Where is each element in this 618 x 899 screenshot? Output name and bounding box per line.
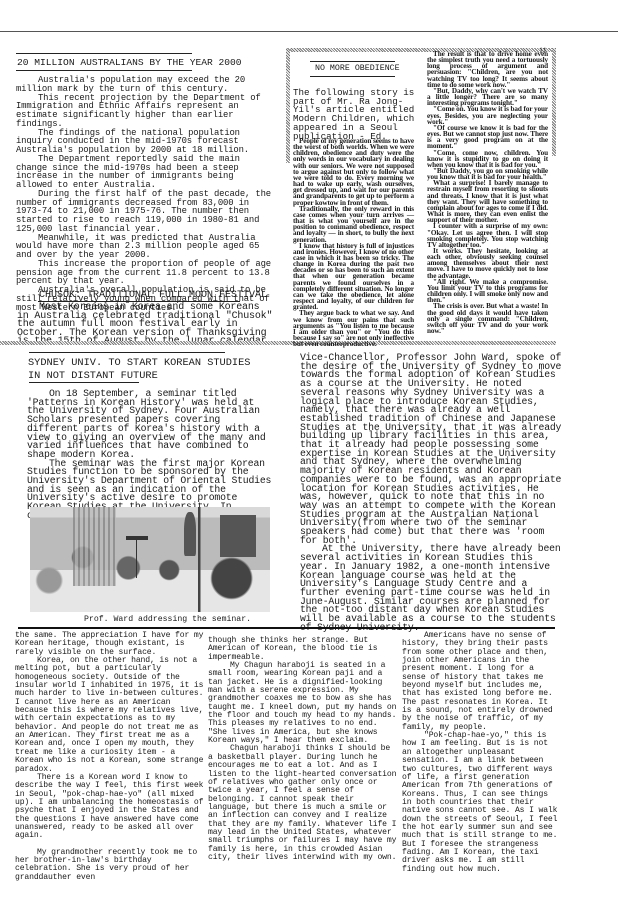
paragraph: Korea, on the other hand, is not a melti… [15,657,205,774]
paragraph: Chagun haraboji thinks I should be a bas… [208,745,398,862]
sydney-column-1: On 18 September, a seminar titled 'Patte… [27,390,272,521]
sydney-title-line-2: IN NOT DISTANT FUTURE [28,370,158,382]
photo-speaker [184,512,196,556]
population-title-rule-bottom [16,70,192,71]
photo-lectern-stand [136,539,137,579]
photo-caption: Prof. Ward addressing the seminar. [84,615,251,624]
paragraph: the same. The appreciation I have for my… [15,632,205,657]
paragraph: The result is that to drive home even th… [427,51,548,88]
paragraph: The crisis is over. But what a waste! In… [427,303,548,334]
paragraph: "Come, come now, children. You know it i… [427,150,548,168]
paragraph: though she thinks her strange. But Ameri… [208,637,398,662]
paragraph: The Department reportedly said the main … [16,155,272,190]
sydney-title-line-1: SYDNEY UNIV. TO START KOREAN STUDIES [28,357,250,369]
essay-column-2: though she thinks her strange. But Ameri… [208,637,398,862]
essay-column-3: Americans have no sense of history, they… [402,632,562,874]
paragraph: This increase the proportion of people o… [16,260,272,286]
paragraph: The findings of the national population … [16,129,272,155]
sydney-column-2: Vice-Chancellor, Professor John Ward, sp… [300,354,562,633]
obedience-column-2: The result is that to drive home even th… [427,51,548,334]
paragraph: I counter with a surprise of my own: "Ok… [427,223,548,248]
sydney-title-rule-bottom [29,382,139,383]
paragraph: During the first half of the past decade… [16,190,272,234]
paragraph: "Pok-chap-hae-yo," this is how I am feel… [402,732,562,874]
paragraph: At the University, there have already be… [300,545,562,632]
paragraph: "Of course we know it is bad for the eye… [427,125,548,150]
paragraph: Traditionally, the only reward in this c… [293,206,414,243]
paragraph: Meanwhile, it was predicted that Austral… [16,234,272,260]
population-article-body: Australia's population may exceed the 20… [16,76,272,312]
sydney-title-rule-top [29,352,225,353]
paragraph: My grandmother recently took me to her b… [15,849,205,882]
paragraph: There is a Korean word I know to describ… [15,774,205,841]
population-title: 20 MILLION AUSTRALIANS BY THE YEAR 2000 [17,57,242,68]
section-divider-rule [18,627,555,629]
obedience-border-left [286,48,290,163]
photo-curtain [73,507,116,586]
obedience-border-bottom [0,341,556,345]
paragraph: This recent projection by the Department… [16,94,272,129]
paragraph: Australia's population may exceed the 20… [16,76,272,94]
photo-lectern [126,536,148,539]
obedience-border-right [552,48,556,156]
population-title-rule-top [16,53,192,54]
paragraph: On 18 September, a seminar titled 'Patte… [27,390,272,460]
paragraph: Americans have no sense of history, they… [402,632,562,732]
paragraph: My Chagun haraboji is seated in a small … [208,662,398,745]
paragraph: "All right. We make a compromise. You li… [427,279,548,304]
photo-blackboard [220,515,256,557]
paragraph: I know that history is full of injustice… [293,243,414,311]
chusok-title: CHUSOK: TRADITIONAL FULL MOON FESTIVAL [39,290,267,301]
paragraph: They argue back to what we say. And we k… [293,310,414,347]
obedience-intro: The following story is part of Mr. Ra Jo… [293,89,415,141]
paragraph: What a surprise! I barely manage to rest… [427,180,548,223]
essay-column-1: the same. The appreciation I have for my… [15,632,205,882]
seminar-photo [30,507,270,612]
paragraph: Vice-Chancellor, Professor John Ward, sp… [300,354,562,545]
page-top-rule [0,31,618,32]
obedience-title-rule-top [310,61,395,62]
paragraph: "Come on. You know it is bad for your ey… [427,106,548,124]
paragraph: People of my generation seems to have th… [293,138,414,206]
obedience-column-1: People of my generation seems to have th… [293,138,414,347]
paragraph: It works. They hesitate, looking at each… [427,248,548,279]
paragraph: "But, Daddy, why can't we watch TV a lit… [427,88,548,106]
obedience-title-rule-bottom [310,76,395,77]
obedience-title: NO MORE OBEDIENCE [315,64,400,73]
